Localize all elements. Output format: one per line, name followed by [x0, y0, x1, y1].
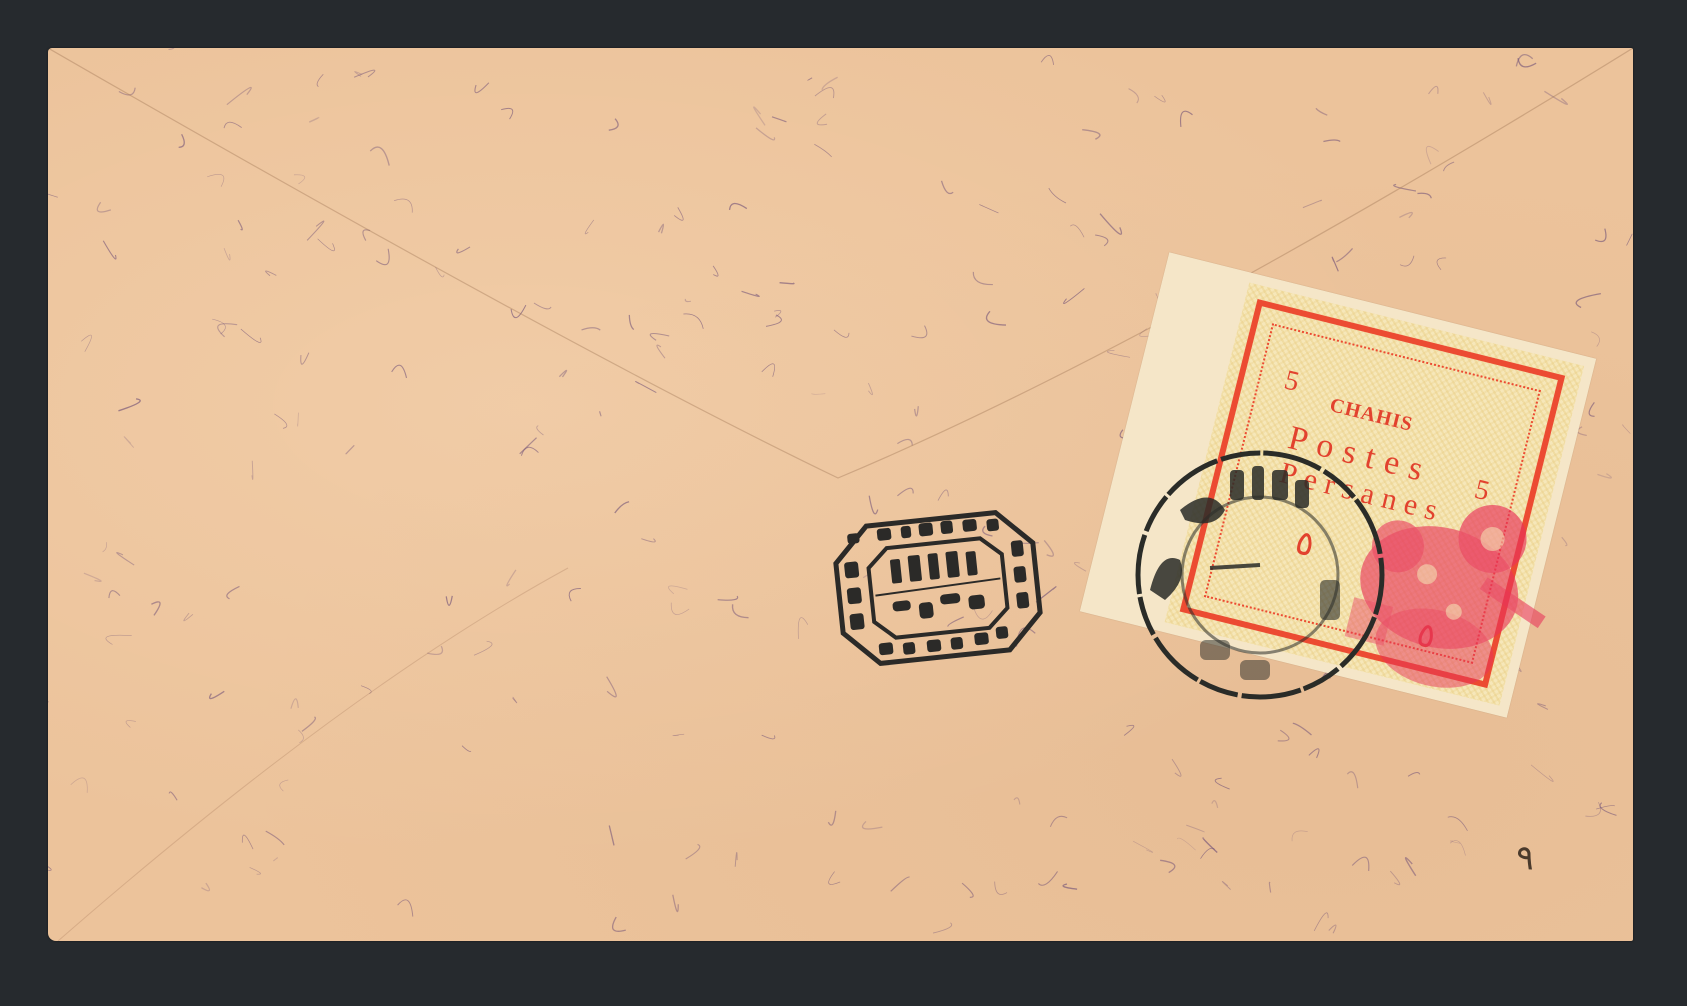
postmark-cancellation [1130, 440, 1400, 710]
handwritten-mark: ٩ [1515, 837, 1536, 878]
seal-impression [826, 502, 1051, 673]
